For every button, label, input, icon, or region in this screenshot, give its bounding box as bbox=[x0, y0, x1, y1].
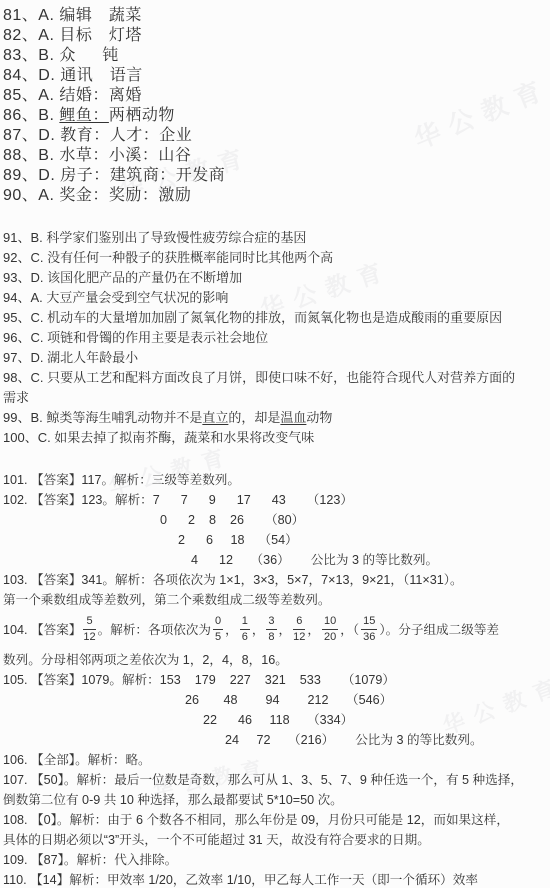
answer-89: 89、D. 房子：建筑商：开发商 bbox=[3, 166, 550, 186]
text-segment: 101. 【答案】117。解析：三级等差数列。 bbox=[3, 473, 240, 487]
text-segment: 26 48 94 212 （546） bbox=[185, 693, 392, 707]
text-segment: 92、C. 没有任何一种骰子的获胜概率能同时比其他两个高 bbox=[3, 250, 333, 265]
fraction: 05 bbox=[213, 616, 223, 643]
answer-95: 95、C. 机动车的大量增加加剧了氮氧化物的排放，而氮氧化物也是造成酸雨的重要原… bbox=[3, 308, 550, 328]
explanation-102: 102. 【答案】123。解析：7 7 9 17 43 （123） bbox=[3, 490, 550, 510]
answer-81: 81、A. 编辑 蔬菜 bbox=[3, 6, 550, 26]
text-segment: 91、B. 科学家们鉴别出了导致慢性疲劳综合症的基因 bbox=[3, 230, 306, 245]
explanation-110: 110. 【14】解析：甲效率 1/20，乙效率 1/10，甲乙每人工作一天（即… bbox=[3, 870, 550, 888]
text-segment: 具体的日期必须以“3”开头，一个不可能超过 31 天，故没有符合要求的日期。 bbox=[3, 833, 430, 847]
text-segment: 100、C. 如果去掉了拟南芥酶，蔬菜和水果将改变气味 bbox=[3, 430, 314, 445]
text-segment: ， bbox=[279, 623, 292, 637]
text-segment: 96、C. 项链和骨镯的作用主要是表示社会地位 bbox=[3, 330, 268, 345]
text-segment: 98、C. 只要从工艺和配料方面改良了月饼，即使口味不好，也能符合现代人对营养方… bbox=[3, 370, 515, 385]
text-segment: 87、D. 教育：人才：企业 bbox=[3, 127, 192, 144]
fraction-numerator: 3 bbox=[266, 616, 276, 630]
text-segment: 第一个乘数组成等差数列，第二个乘数组成二级等差数列。 bbox=[3, 593, 330, 607]
explanation-109: 109. 【87】。解析：代入排除。 bbox=[3, 850, 550, 870]
answer-85: 85、A. 结婚：离婚 bbox=[3, 86, 550, 106]
fraction-numerator: 0 bbox=[213, 616, 223, 630]
explanation-108-cont: 具体的日期必须以“3”开头，一个不可能超过 31 天，故没有符合要求的日期。 bbox=[3, 830, 550, 850]
text-segment: 0 2 8 26 （80） bbox=[160, 513, 304, 527]
text-segment: 104. 【答案】 bbox=[3, 623, 81, 637]
answer-84: 84、D. 通讯 语言 bbox=[3, 66, 550, 86]
fraction-denominator: 6 bbox=[240, 630, 250, 643]
fraction-denominator: 8 bbox=[266, 630, 276, 643]
answer-91: 91、B. 科学家们鉴别出了导致慢性疲劳综合症的基因 bbox=[3, 228, 550, 248]
text-segment: ， bbox=[252, 623, 265, 637]
answer-99: 99、B. 鲸类等海生哺乳动物并不是直立的，却是温血动物 bbox=[3, 408, 550, 428]
text-segment: ）。分子组成二级等差 bbox=[379, 623, 499, 637]
fraction-numerator: 15 bbox=[361, 616, 377, 630]
fraction: 1536 bbox=[361, 616, 377, 643]
answers-81-90: 81、A. 编辑 蔬菜82、A. 目标 灯塔83、B. 众 钝84、D. 通讯 … bbox=[3, 6, 550, 206]
text-segment: 102. 【答案】123。解析：7 7 9 17 43 （123） bbox=[3, 493, 353, 507]
fraction: 1020 bbox=[322, 616, 338, 643]
fraction-denominator: 5 bbox=[213, 630, 223, 643]
text-segment: 94、A. 大豆产量会受到空气状况的影响 bbox=[3, 290, 228, 305]
text-segment: 110. 【14】解析：甲效率 1/20，乙效率 1/10，甲乙每人工作一天（即… bbox=[3, 873, 478, 887]
fraction-denominator: 36 bbox=[361, 630, 377, 643]
answer-98-cont: 需求 bbox=[3, 388, 550, 408]
text-segment: 83、B. 众 钝 bbox=[3, 47, 119, 64]
text-segment: 109. 【87】。解析：代入排除。 bbox=[3, 853, 177, 867]
underlined-term: 直立 bbox=[202, 410, 228, 425]
text-segment: 两栖动物 bbox=[109, 107, 175, 124]
explanation-108: 108. 【0】。解析：由于 6 个数各不相同，那么年份是 09，月份只可能是 … bbox=[3, 810, 550, 830]
text-segment: 88、B. 水草：小溪：山谷 bbox=[3, 147, 191, 164]
fraction: 512 bbox=[83, 616, 95, 643]
text-segment: 24 72 （216） 公比为 3 的等比数列。 bbox=[225, 733, 483, 747]
answer-88: 88、B. 水草：小溪：山谷 bbox=[3, 146, 550, 166]
answer-98: 98、C. 只要从工艺和配料方面改良了月饼，即使口味不好，也能符合现代人对营养方… bbox=[3, 368, 550, 388]
underlined-term: 温血 bbox=[280, 410, 306, 425]
text-segment: 108. 【0】。解析：由于 6 个数各不相同，那么年份是 09，月份只可能是 … bbox=[3, 813, 509, 827]
text-segment: 倒数第二位有 0-9 共 10 种选择，那么最都要试 5*10=50 次。 bbox=[3, 793, 343, 807]
explanation-104: 104. 【答案】512。解析：各项依次为05，16，38，612，1020，（… bbox=[3, 610, 550, 650]
explanation-107: 107. 【50】。解析：最后一位数是奇数，那么可从 1、3、5、7、9 种任选… bbox=[3, 770, 550, 790]
explanation-106: 106. 【全部】。解析：略。 bbox=[3, 750, 550, 770]
answer-93: 93、D. 该国化肥产品的产量仍在不断增加 bbox=[3, 268, 550, 288]
text-segment: 的，却是 bbox=[228, 410, 280, 425]
sequence-row-105-4: 24 72 （216） 公比为 3 的等比数列。 bbox=[225, 730, 550, 750]
explanation-103: 103. 【答案】341。解析：各项依次为 1×1，3×3，5×7，7×13，9… bbox=[3, 570, 550, 590]
text-segment: 90、A. 奖金：奖励：激励 bbox=[3, 187, 191, 204]
text-segment: 105. 【答案】1079。解析：153 179 227 321 533 （10… bbox=[3, 673, 395, 687]
answer-97: 97、D. 湖北人年龄最小 bbox=[3, 348, 550, 368]
text-segment: 89、D. 房子：建筑商：开发商 bbox=[3, 167, 225, 184]
text-segment: 82、A. 目标 灯塔 bbox=[3, 27, 142, 44]
fraction-numerator: 10 bbox=[322, 616, 338, 630]
text-segment: 需求 bbox=[3, 390, 29, 405]
text-segment: 106. 【全部】。解析：略。 bbox=[3, 753, 151, 767]
text-segment: 93、D. 该国化肥产品的产量仍在不断增加 bbox=[3, 270, 242, 285]
text-segment: 95、C. 机动车的大量增加加剧了氮氧化物的排放，而氮氧化物也是造成酸雨的重要原… bbox=[3, 310, 502, 325]
text-segment: 99、B. 鲸类等海生哺乳动物并不是 bbox=[3, 410, 202, 425]
text-segment: ， bbox=[225, 623, 238, 637]
sequence-row-102-2: 0 2 8 26 （80） bbox=[160, 510, 550, 530]
text-segment: 。解析：各项依次为 bbox=[98, 623, 211, 637]
fraction-numerator: 5 bbox=[83, 616, 95, 630]
fraction-numerator: 6 bbox=[293, 616, 305, 630]
text-segment: 动物 bbox=[306, 410, 332, 425]
text-segment: 4 12 （36） 公比为 3 的等比数列。 bbox=[191, 553, 438, 567]
fraction-denominator: 12 bbox=[293, 630, 305, 643]
text-segment: ， bbox=[307, 623, 320, 637]
answers-91-100: 91、B. 科学家们鉴别出了导致慢性疲劳综合症的基因92、C. 没有任何一种骰子… bbox=[3, 228, 550, 448]
text-segment: 107. 【50】。解析：最后一位数是奇数，那么可从 1、3、5、7、9 种任选… bbox=[3, 773, 523, 787]
fraction-numerator: 1 bbox=[240, 616, 250, 630]
fraction: 612 bbox=[293, 616, 305, 643]
answer-83: 83、B. 众 钝 bbox=[3, 46, 550, 66]
answer-87: 87、D. 教育：人才：企业 bbox=[3, 126, 550, 146]
text-segment: 2 6 18 （54） bbox=[178, 533, 298, 547]
answer-94: 94、A. 大豆产量会受到空气状况的影响 bbox=[3, 288, 550, 308]
sequence-row-105-3: 22 46 118 （334） bbox=[203, 710, 550, 730]
text-segment: 84、D. 通讯 语言 bbox=[3, 67, 143, 84]
sequence-row-102-4: 4 12 （36） 公比为 3 的等比数列。 bbox=[191, 550, 550, 570]
text-segment: ，（ bbox=[340, 623, 359, 637]
text-segment: 86、B. bbox=[3, 107, 59, 124]
text-segment: 22 46 118 （334） bbox=[203, 713, 353, 727]
sequence-row-105-2: 26 48 94 212 （546） bbox=[185, 690, 550, 710]
text-segment: 85、A. 结婚：离婚 bbox=[3, 87, 142, 104]
answer-86: 86、B. 鲤鱼：两栖动物 bbox=[3, 106, 550, 126]
sequence-row-102-3: 2 6 18 （54） bbox=[178, 530, 550, 550]
answer-92: 92、C. 没有任何一种骰子的获胜概率能同时比其他两个高 bbox=[3, 248, 550, 268]
explanation-104-cont: 数列。分母相邻两项之差依次为 1，2，4，8，16。 bbox=[3, 650, 550, 670]
explanations-101-110: 101. 【答案】117。解析：三级等差数列。102. 【答案】123。解析：7… bbox=[3, 470, 550, 888]
answer-96: 96、C. 项链和骨镯的作用主要是表示社会地位 bbox=[3, 328, 550, 348]
explanation-107-cont: 倒数第二位有 0-9 共 10 种选择，那么最都要试 5*10=50 次。 bbox=[3, 790, 550, 810]
answer-82: 82、A. 目标 灯塔 bbox=[3, 26, 550, 46]
underlined-term: 鲤鱼： bbox=[59, 107, 109, 124]
fraction-denominator: 20 bbox=[322, 630, 338, 643]
text-segment: 103. 【答案】341。解析：各项依次为 1×1，3×3，5×7，7×13，9… bbox=[3, 573, 463, 587]
text-segment: 81、A. 编辑 蔬菜 bbox=[3, 7, 142, 24]
fraction: 16 bbox=[240, 616, 250, 643]
answer-key-document: 81、A. 编辑 蔬菜82、A. 目标 灯塔83、B. 众 钝84、D. 通讯 … bbox=[0, 0, 550, 888]
explanation-103-cont: 第一个乘数组成等差数列，第二个乘数组成二级等差数列。 bbox=[3, 590, 550, 610]
explanation-101: 101. 【答案】117。解析：三级等差数列。 bbox=[3, 470, 550, 490]
explanation-105: 105. 【答案】1079。解析：153 179 227 321 533 （10… bbox=[3, 670, 550, 690]
text-segment: 97、D. 湖北人年龄最小 bbox=[3, 350, 138, 365]
answer-100: 100、C. 如果去掉了拟南芥酶，蔬菜和水果将改变气味 bbox=[3, 428, 550, 448]
text-segment: 数列。分母相邻两项之差依次为 1，2，4，8，16。 bbox=[3, 653, 288, 667]
answer-90: 90、A. 奖金：奖励：激励 bbox=[3, 186, 550, 206]
fraction: 38 bbox=[266, 616, 276, 643]
fraction-denominator: 12 bbox=[83, 630, 95, 643]
